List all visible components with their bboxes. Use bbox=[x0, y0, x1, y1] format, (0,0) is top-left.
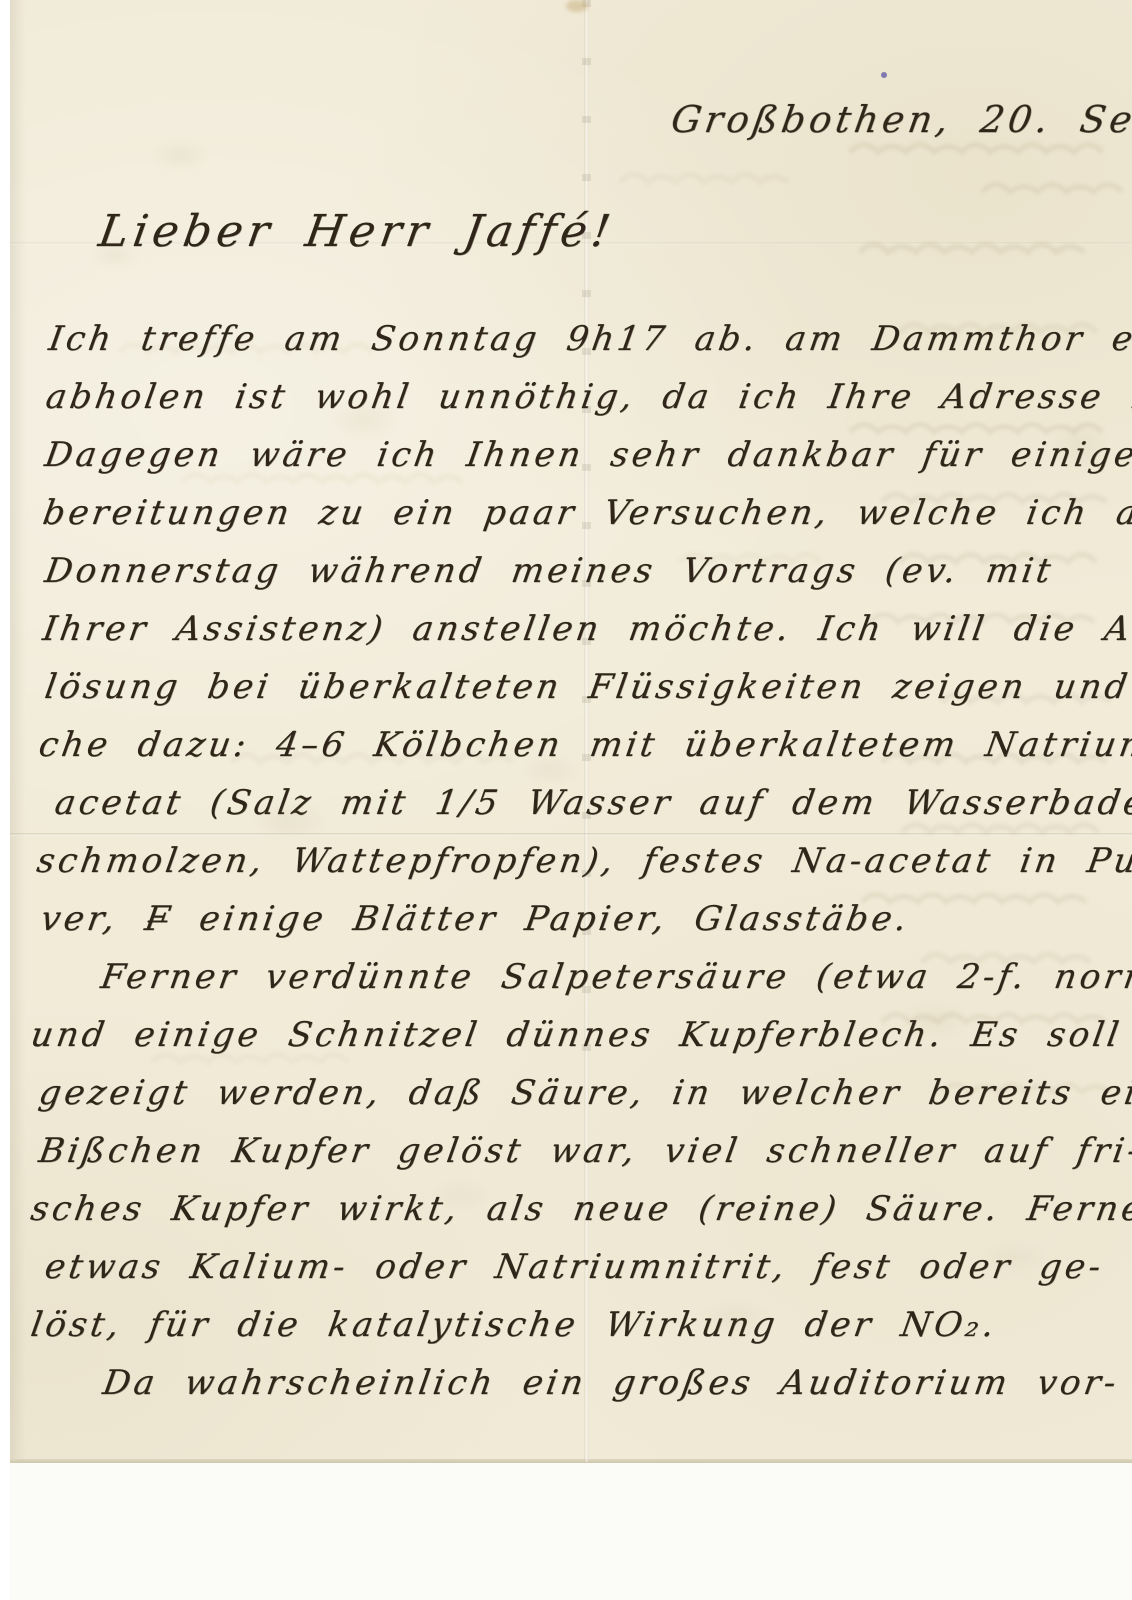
handwritten-line-15: Bißchen Kupfer gelöst war, viel schnelle… bbox=[36, 1131, 1132, 1172]
paper-left-shading bbox=[10, 0, 26, 1462]
handwritten-line-12: Ferner verdünnte Salpetersäure (etwa 2-f… bbox=[98, 957, 1132, 998]
handwritten-line-17: etwas Kalium- oder Natriumnitrit, fest o… bbox=[42, 1247, 1107, 1288]
dateline: Großbothen, 20. Sept 07 bbox=[668, 98, 1132, 142]
scanner-background bbox=[0, 1463, 1132, 1600]
handwritten-line-3: Dagegen wäre ich Ihnen sehr dankbar für … bbox=[42, 435, 1132, 476]
handwritten-line-8: che dazu: 4–6 Kölbchen mit überkaltetem … bbox=[36, 725, 1132, 766]
paper-bottom-edge bbox=[10, 1459, 1132, 1463]
handwritten-line-11: ver, F̶ einige Blätter Papier, Glasstäbe… bbox=[38, 899, 913, 940]
handwritten-line-2: abholen ist wohl unnöthig, da ich Ihre A… bbox=[43, 377, 1132, 418]
handwritten-line-7: lösung bei überkalteten Flüssigkeiten ze… bbox=[42, 667, 1132, 708]
handwritten-line-1: Ich treffe am Sonntag 9h17 ab. am Dammth… bbox=[46, 319, 1132, 360]
handwritten-line-10: schmolzen, Wattepfropfen), festes Na-ace… bbox=[34, 841, 1132, 882]
stain-spot bbox=[566, 0, 588, 12]
handwritten-line-13: und einige Schnitzel dünnes Kupferblech.… bbox=[28, 1015, 1125, 1056]
handwritten-line-16: sches Kupfer wirkt, als neue (reine) Säu… bbox=[28, 1189, 1132, 1230]
handwritten-line-4: bereitungen zu ein paar Versuchen, welch… bbox=[40, 493, 1132, 534]
handwritten-line-6: Ihrer Assistenz) anstellen möchte. Ich w… bbox=[40, 609, 1132, 650]
handwritten-line-18: löst, für die katalytische Wirkung der N… bbox=[28, 1305, 1000, 1346]
scanned-letter-page: Großbothen, 20. Sept 07 Lieber Herr Jaff… bbox=[0, 0, 1132, 1600]
handwritten-line-5: Donnerstag während meines Vortrags (ev. … bbox=[42, 551, 1057, 592]
handwritten-line-9: acetat (Salz mit 1/5 Wasser auf dem Wass… bbox=[52, 783, 1132, 824]
scanner-left-strip bbox=[0, 0, 10, 1600]
handwritten-line-14: gezeigt werden, daß Säure, in welcher be… bbox=[36, 1073, 1132, 1114]
salutation: Lieber Herr Jaffé! bbox=[95, 206, 619, 259]
horizontal-fold-crease bbox=[10, 833, 1132, 836]
ink-dot bbox=[881, 72, 887, 78]
handwritten-line-19: Da wahrscheinlich ein großes Auditorium … bbox=[100, 1363, 1122, 1404]
